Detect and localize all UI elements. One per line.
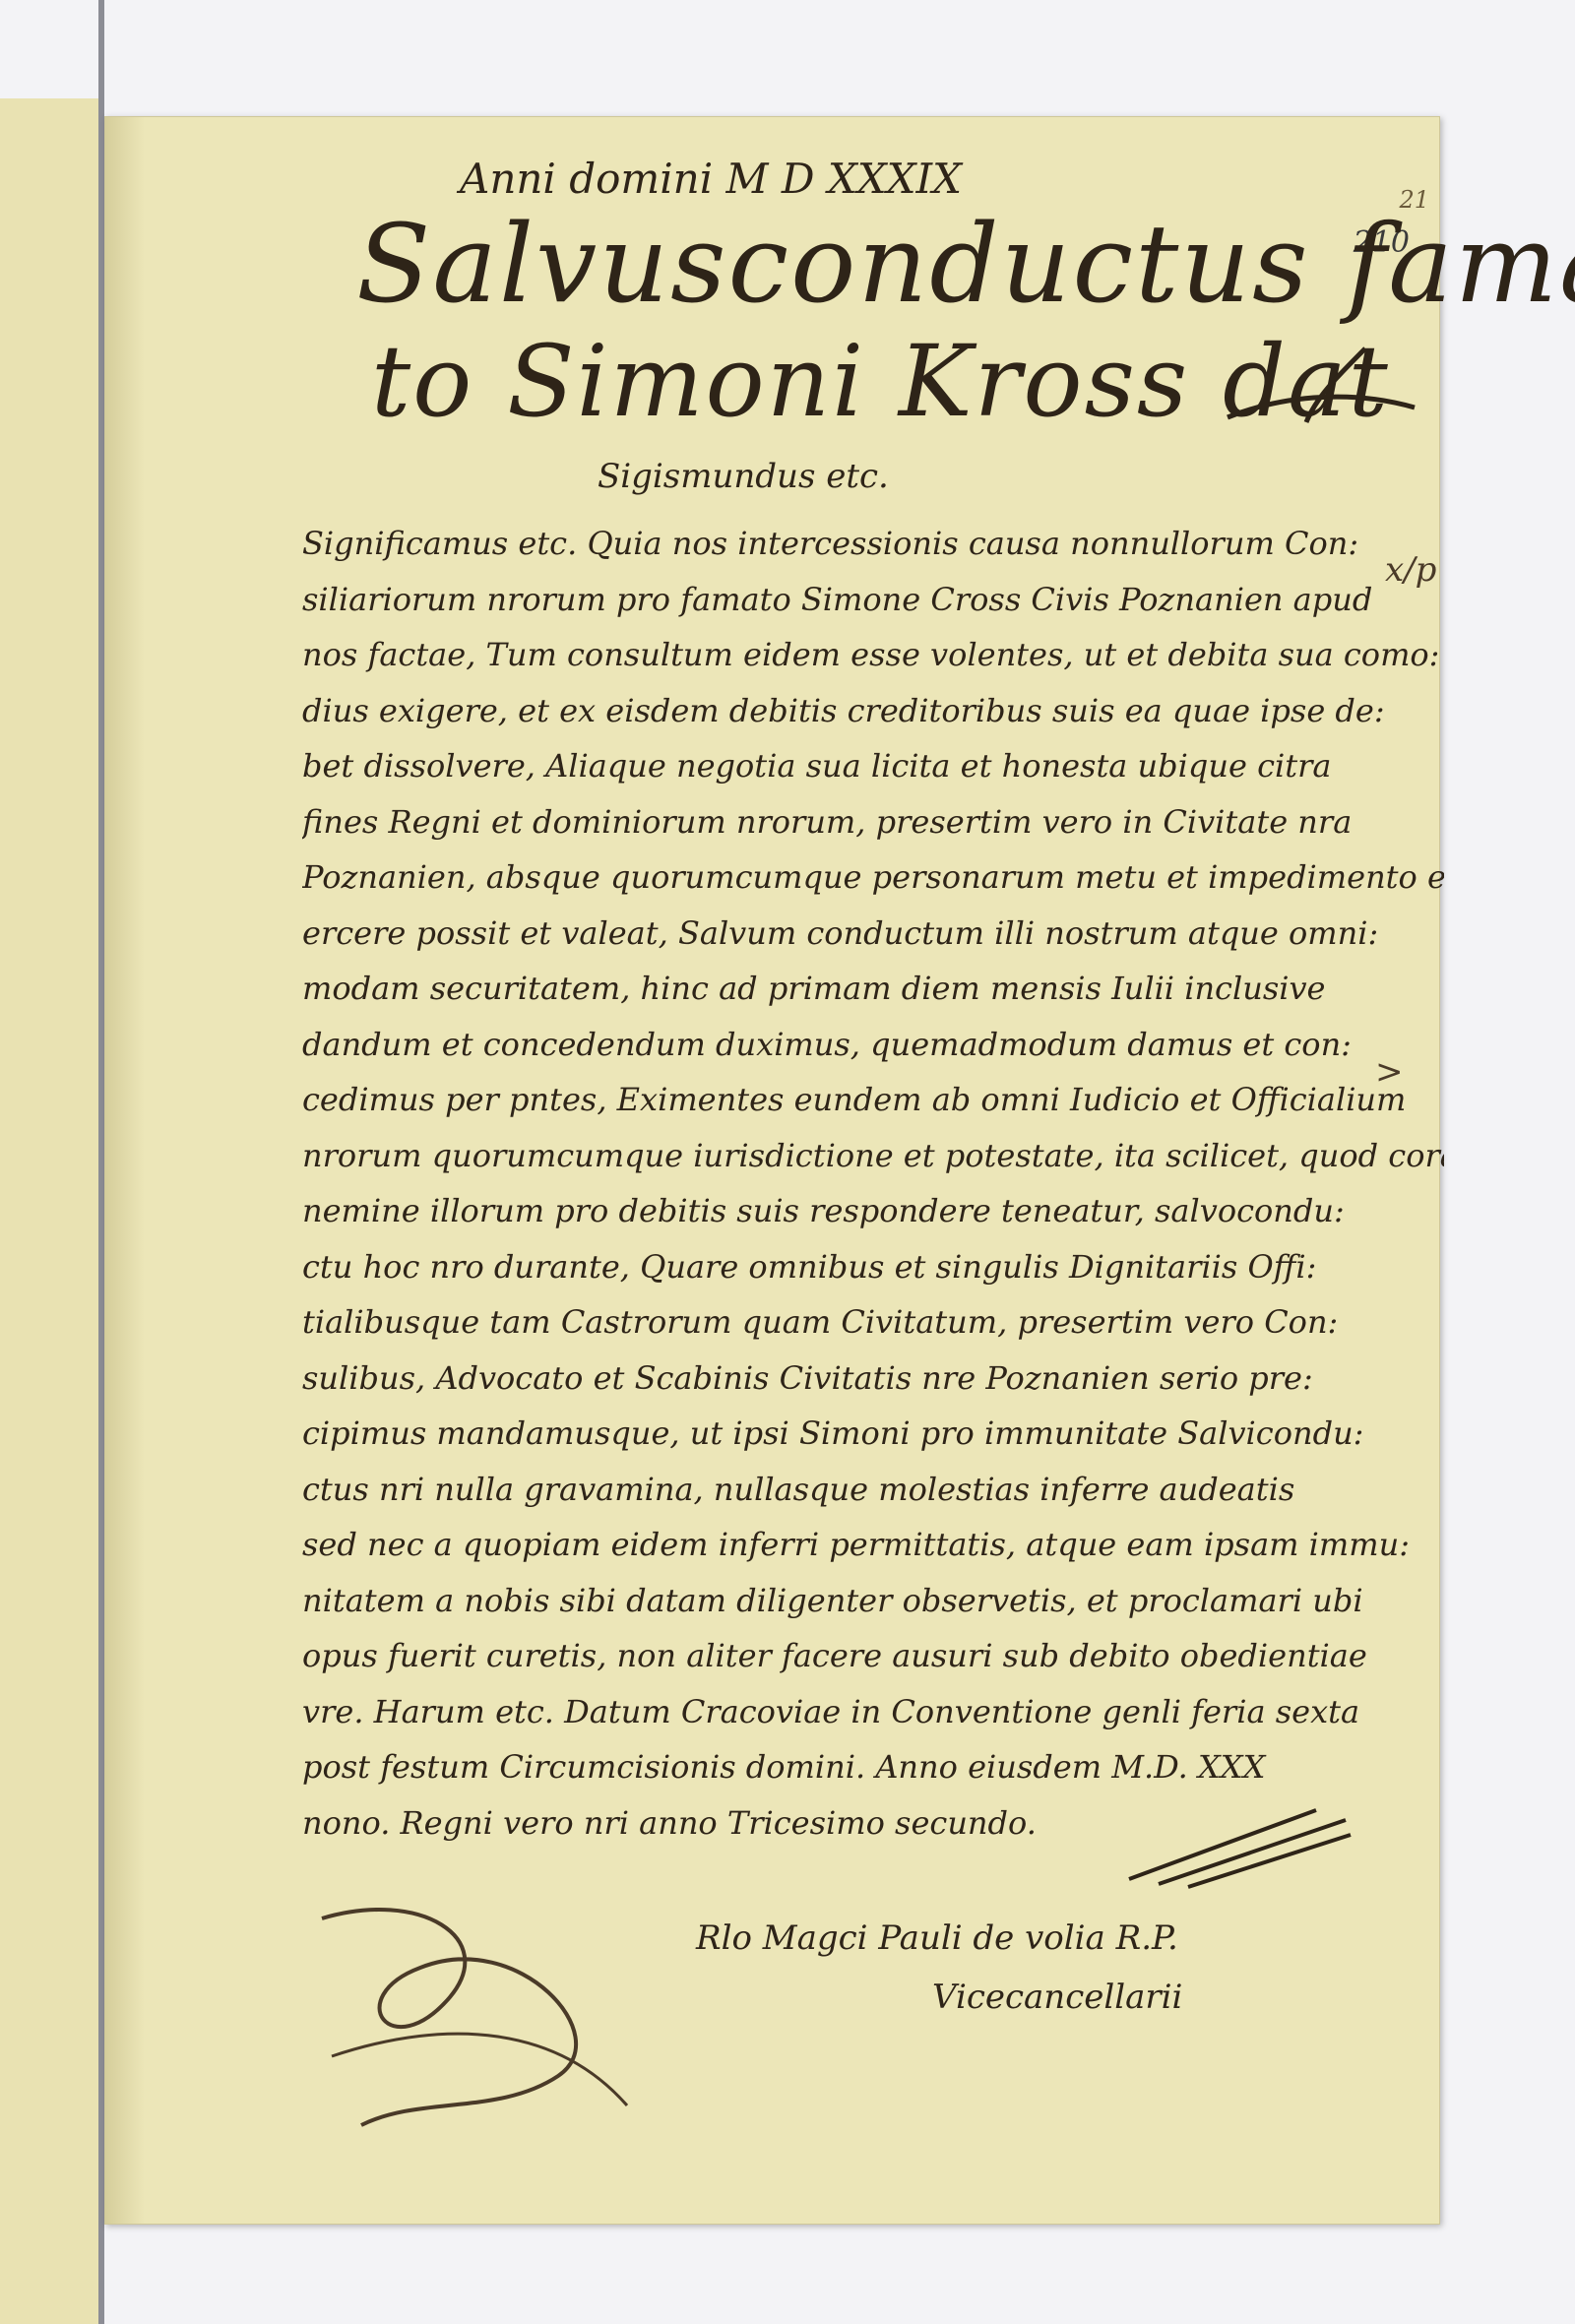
text-line: sed nec a quopiam eidem inferri permitta… xyxy=(302,1517,1444,1573)
text-line: post festum Circumcisionis domini. Anno … xyxy=(302,1739,1444,1795)
text-line: modam securitatem, hinc ad primam diem m… xyxy=(302,961,1444,1017)
page-shade xyxy=(105,117,145,2224)
text-line: Poznanien, absque quorumcumque personaru… xyxy=(302,849,1444,906)
text-line: nrorum quorumcumque iurisdictione et pot… xyxy=(302,1128,1444,1184)
text-line: ctus nri nulla gravamina, nullasque mole… xyxy=(302,1462,1444,1518)
manuscript-page: 21 210 Anni domini M D XXXIX Salvuscondu… xyxy=(104,116,1440,2225)
text-line: ercere possit et valeat, Salvum conductu… xyxy=(302,906,1444,962)
text-line: nitatem a nobis sibi datam diligenter ob… xyxy=(302,1573,1444,1629)
closing-strokes-icon xyxy=(1119,1790,1355,1889)
title-line-1: Salvusconductus fama: xyxy=(356,201,1575,327)
text-line: Significamus etc. Quia nos intercessioni… xyxy=(302,516,1444,572)
text-line: tialibusque tam Castrorum quam Civitatum… xyxy=(302,1294,1444,1350)
text-line: sulibus, Advocato et Scabinis Civitatis … xyxy=(302,1350,1444,1407)
text-line: ctu hoc nro durante, Quare omnibus et si… xyxy=(302,1239,1444,1295)
text-line: bet dissolvere, Aliaque negotia sua lici… xyxy=(302,738,1444,794)
signature-title: Vicecancellarii xyxy=(932,1978,1182,2017)
pen-flourish-icon xyxy=(302,1879,794,2174)
text-line: opus fuerit curetis, non aliter facere a… xyxy=(302,1628,1444,1684)
header-year: Anni domini M D XXXIX xyxy=(460,155,962,203)
document-body: Significamus etc. Quia nos intercessioni… xyxy=(302,516,1444,1851)
text-line: cipimus mandamusque, ut ipsi Simoni pro … xyxy=(302,1406,1444,1462)
text-line: dius exigere, et ex eisdem debitis credi… xyxy=(302,683,1444,739)
text-line: vre. Harum etc. Datum Cracoviae in Conve… xyxy=(302,1684,1444,1740)
text-line: nemine illorum pro debitis suis responde… xyxy=(302,1183,1444,1239)
title-flourish-icon xyxy=(1218,329,1434,437)
salutation: Sigismundus etc. xyxy=(598,457,889,496)
text-line: fines Regni et dominiorum nrorum, preser… xyxy=(302,794,1444,850)
text-line: dandum et concedendum duximus, quemadmod… xyxy=(302,1017,1444,1073)
text-line: siliariorum nrorum pro famato Simone Cro… xyxy=(302,572,1444,628)
text-line: nos factae, Tum consultum eidem esse vol… xyxy=(302,627,1444,683)
text-line: cedimus per pntes, Eximentes eundem ab o… xyxy=(302,1072,1444,1128)
facing-page-edge xyxy=(0,98,100,2324)
